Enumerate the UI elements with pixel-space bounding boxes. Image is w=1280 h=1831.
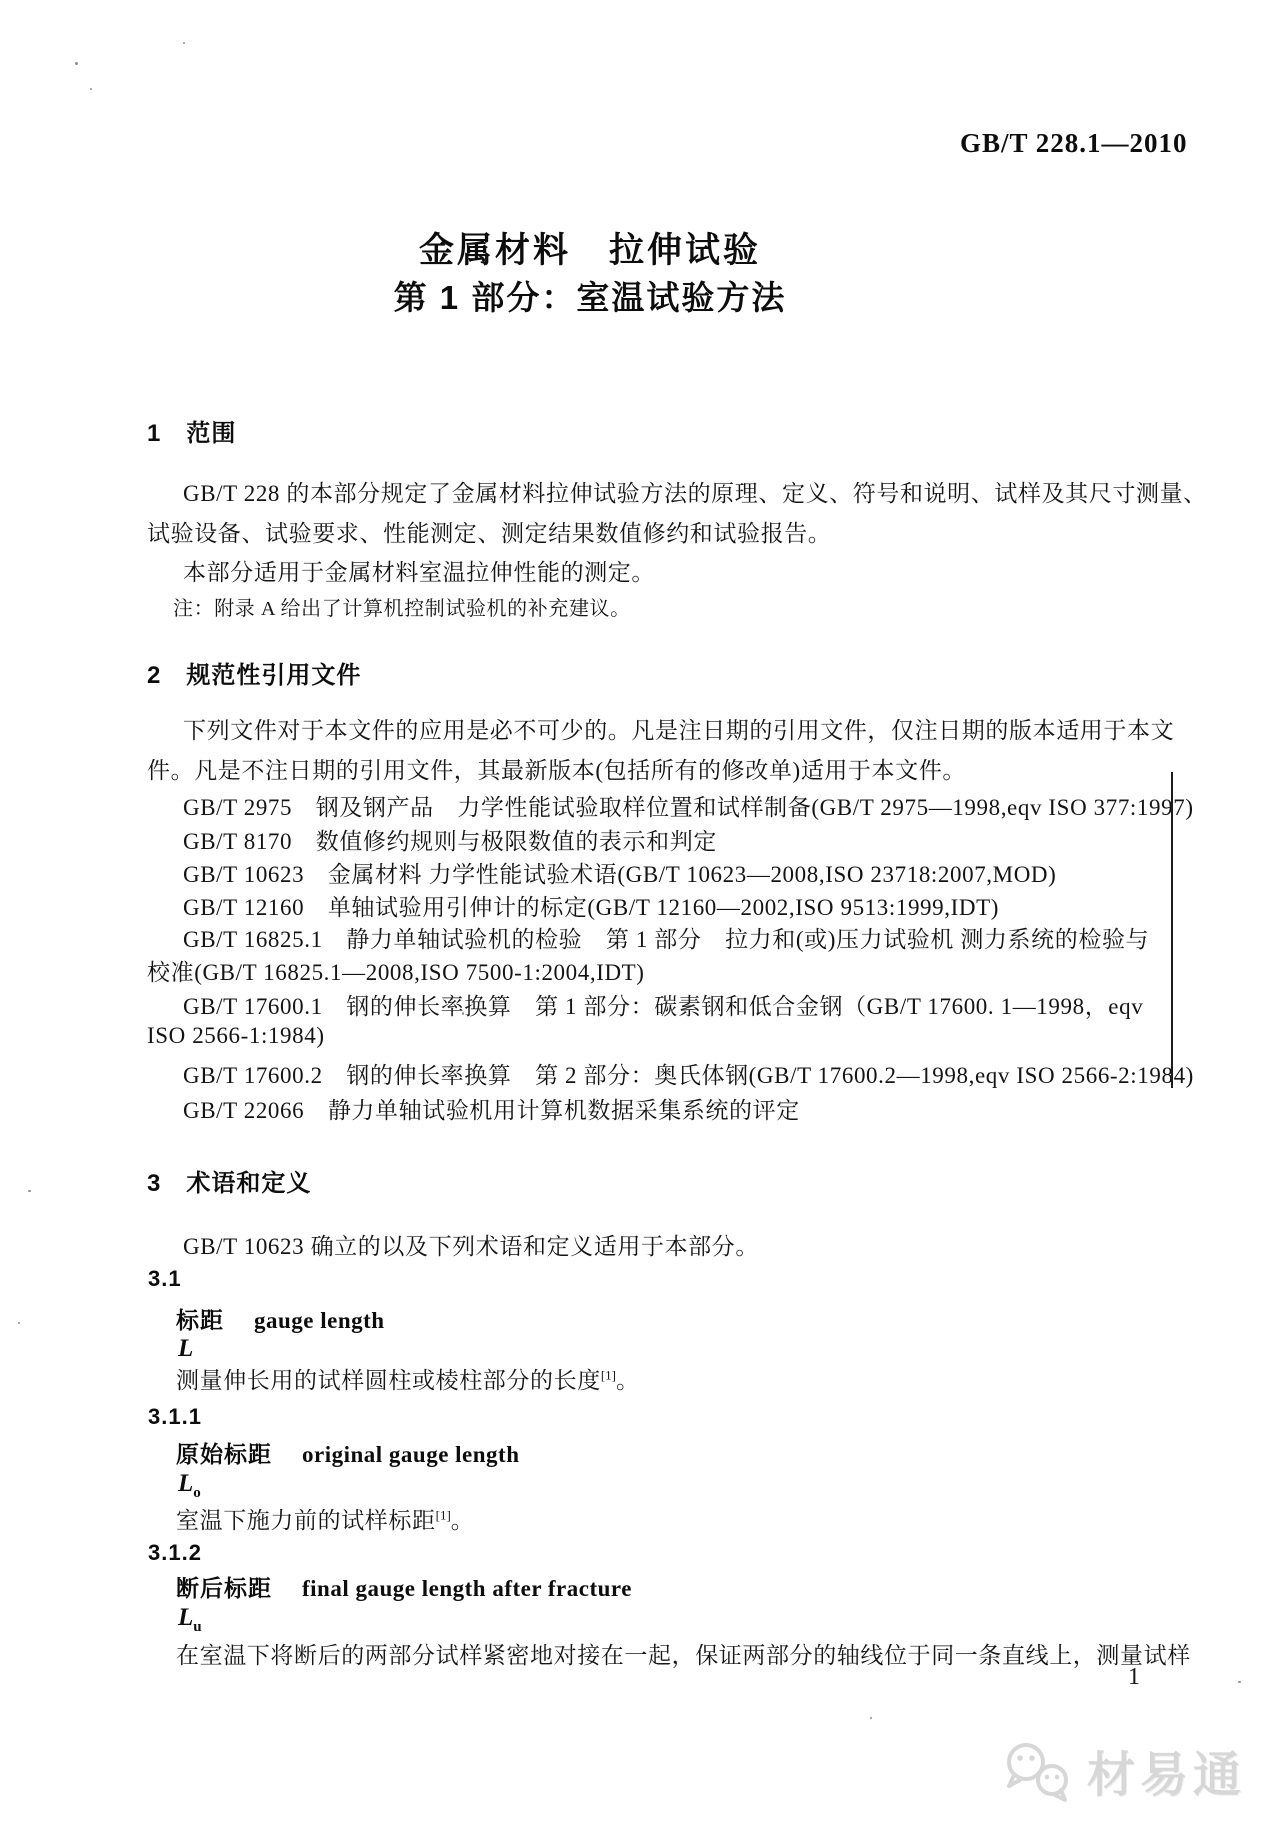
reference-item: GB/T 10623 金属材料 力学性能试验术语(GB/T 10623—2008… — [183, 856, 1056, 889]
term-number: 3.1.1 — [148, 1404, 202, 1430]
definition-reference-mark: [1] — [601, 1367, 616, 1382]
section-1-paragraph-line: 试验设备、试验要求、性能测定、测定结果数值修约和试验报告。 — [147, 515, 831, 548]
term-symbol: Lo — [178, 1470, 201, 1502]
term-definition: 测量伸长用的试样圆柱或棱柱部分的长度[1]。 — [176, 1362, 640, 1395]
section-1-paragraph-line: 本部分适用于金属材料室温拉伸性能的测定。 — [183, 554, 655, 587]
scan-speck — [870, 1717, 872, 1719]
definition-reference-mark: [1] — [436, 1507, 451, 1522]
section-2-paragraph-line: 下列文件对于本文件的应用是必不可少的。凡是注日期的引用文件，仅注日期的版本适用于… — [183, 712, 1174, 745]
wechat-icon — [999, 1738, 1077, 1804]
term-definition: 在室温下将断后的两部分试样紧密地对接在一起，保证两部分的轴线位于同一条直线上，测… — [176, 1637, 1191, 1670]
definition-tail: 。 — [616, 1368, 640, 1393]
scan-speck — [75, 62, 78, 65]
term-title: 断后标距final gauge length after fracture — [176, 1570, 632, 1603]
scan-speck — [1238, 1681, 1241, 1683]
section-1-heading: 1 范围 — [147, 413, 236, 448]
scan-speck — [462, 1012, 464, 1015]
document-title-line1: 金属材料 拉伸试验 — [0, 223, 1180, 273]
section-3-heading: 3 术语和定义 — [147, 1163, 311, 1198]
reference-item: GB/T 8170 数值修约规则与极限数值的表示和判定 — [183, 823, 717, 856]
reference-item: GB/T 22066 静力单轴试验机用计算机数据采集系统的评定 — [183, 1092, 800, 1125]
reference-item: GB/T 12160 单轴试验用引伸计的标定(GB/T 12160—2002,I… — [183, 889, 999, 922]
reference-item: GB/T 17600.1 钢的伸长率换算 第 1 部分：碳素钢和低合金钢（GB/… — [183, 988, 1143, 1021]
scan-speck — [18, 1322, 20, 1324]
symbol-subscript: o — [193, 1485, 201, 1501]
section-1-paragraph-line: GB/T 228 的本部分规定了金属材料拉伸试验方法的原理、定义、符号和说明、试… — [183, 475, 1207, 508]
page-number: 1 — [1128, 1664, 1140, 1691]
term-title-en: final gauge length after fracture — [302, 1576, 632, 1601]
definition-text: 室温下施力前的试样标距 — [176, 1508, 436, 1533]
definition-text: 在室温下将断后的两部分试样紧密地对接在一起，保证两部分的轴线位于同一条直线上，测… — [176, 1643, 1191, 1668]
term-title-zh: 断后标距 — [176, 1575, 272, 1601]
scan-speck — [183, 42, 185, 44]
term-title: 原始标距original gauge length — [176, 1436, 520, 1469]
term-definition: 室温下施力前的试样标距[1]。 — [176, 1502, 474, 1535]
term-title-zh: 原始标距 — [176, 1441, 272, 1467]
definition-text: 测量伸长用的试样圆柱或棱柱部分的长度 — [176, 1368, 601, 1393]
section-1-note: 注：附录 A 给出了计算机控制试验机的补充建议。 — [173, 592, 631, 621]
term-symbol: Lu — [178, 1604, 202, 1636]
scan-speck — [28, 1190, 31, 1192]
scan-speck — [90, 88, 92, 90]
term-title: 标距gauge length — [176, 1302, 385, 1335]
watermark: 材易通 — [999, 1736, 1246, 1805]
reference-item-continuation: ISO 2566-1:1984) — [147, 1023, 325, 1049]
standard-code: GB/T 228.1—2010 — [960, 128, 1170, 159]
definition-tail: 。 — [451, 1508, 475, 1533]
scan-artifact-line — [1171, 772, 1173, 1088]
section-2-heading: 2 规范性引用文件 — [147, 655, 361, 690]
reference-item: GB/T 2975 钢及钢产品 力学性能试验取样位置和试样制备(GB/T 297… — [183, 789, 1194, 822]
term-title-en: original gauge length — [302, 1442, 520, 1467]
document-page: GB/T 228.1—2010 金属材料 拉伸试验 第 1 部分：室温试验方法 … — [0, 0, 1280, 1831]
symbol-letter: L — [178, 1335, 193, 1362]
term-title-zh: 标距 — [176, 1307, 224, 1333]
reference-item: GB/T 17600.2 钢的伸长率换算 第 2 部分：奥氏体钢(GB/T 17… — [183, 1057, 1194, 1090]
term-number: 3.1 — [148, 1266, 182, 1292]
document-title-line2: 第 1 部分：室温试验方法 — [0, 272, 1180, 319]
section-2-paragraph-line: 件。凡是不注日期的引用文件，其最新版本(包括所有的修改单)适用于本文件。 — [147, 752, 966, 785]
reference-item: GB/T 16825.1 静力单轴试验机的检验 第 1 部分 拉力和(或)压力试… — [183, 921, 1149, 954]
reference-item-continuation: 校准(GB/T 16825.1—2008,ISO 7500-1:2004,IDT… — [147, 954, 645, 987]
term-number: 3.1.2 — [148, 1540, 202, 1566]
symbol-letter: L — [178, 1470, 193, 1497]
symbol-subscript: u — [193, 1619, 201, 1635]
symbol-letter: L — [178, 1604, 193, 1631]
section-3-intro: GB/T 10623 确立的以及下列术语和定义适用于本部分。 — [183, 1228, 759, 1261]
term-title-en: gauge length — [254, 1308, 385, 1333]
watermark-text: 材易通 — [1087, 1736, 1246, 1805]
